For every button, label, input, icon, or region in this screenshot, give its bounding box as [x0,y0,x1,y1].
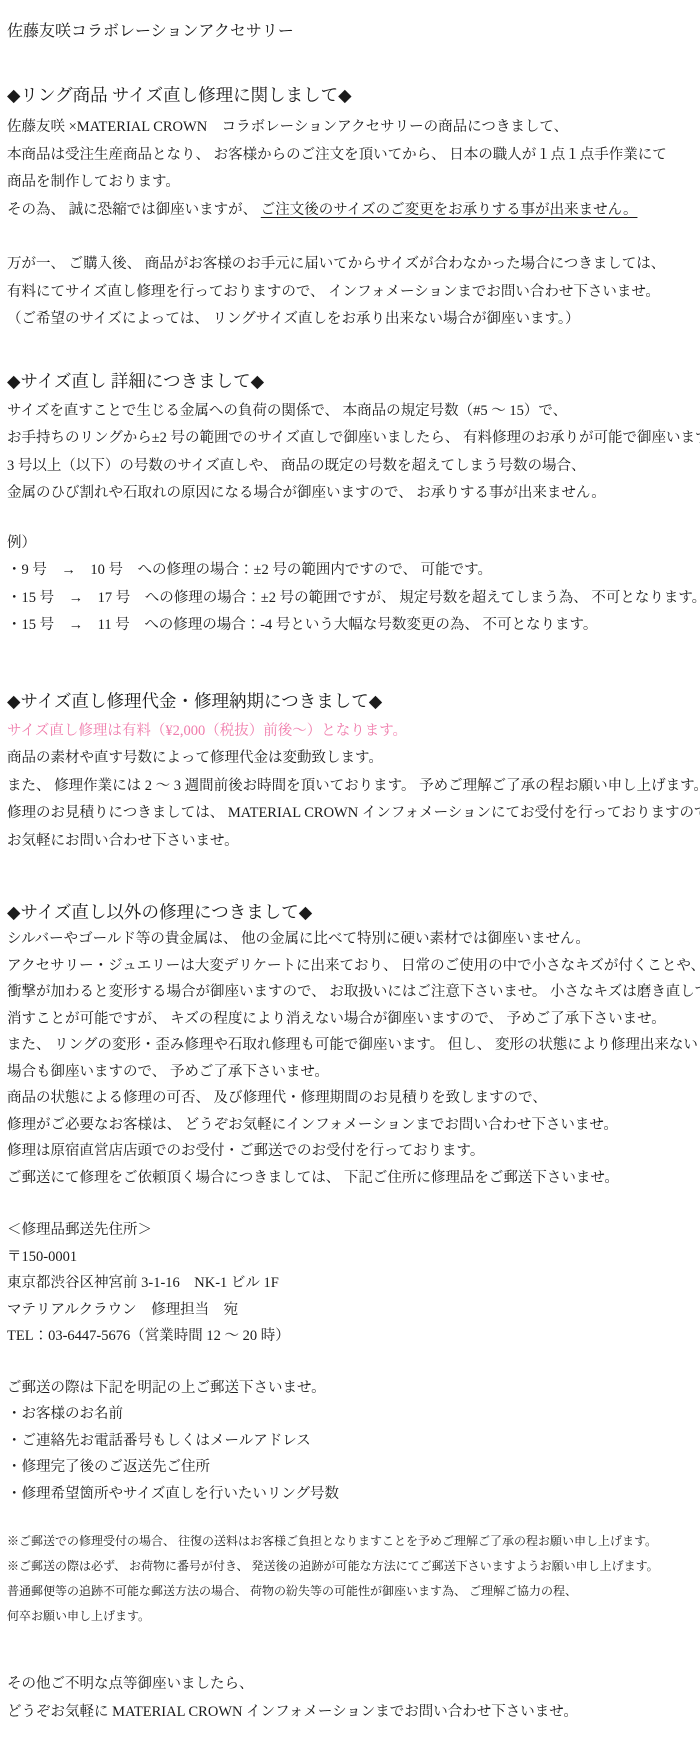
note-line: ※ご郵送での修理受付の場合、 往復の送料はお客様ご負担となりますことを予めご理解… [7,1529,694,1554]
footer-line: その他ご不明な点等御座いましたら、 [7,1671,694,1699]
page-title: 佐藤友咲コラボレーションアクセサリー [7,20,694,44]
fine-print-notes-block: ※ご郵送での修理受付の場合、 往復の送料はお客様ご負担となりますことを予めご理解… [7,1529,694,1629]
body-line: また、 修理作業には 2 ～ 3 週間前後お時間を頂いております。 予めご理解ご… [7,773,694,801]
body-line: 修理のお見積りにつきましては、 MATERIAL CROWN インフォメーション… [7,800,694,828]
address-recipient-line: マテリアルクラウン 修理担当 宛 [7,1297,694,1324]
body-line: 場合も御座いますので、 予めご了承下さいませ。 [7,1059,694,1086]
bullet-item: ・修理希望箇所やサイズ直しを行いたいリング号数 [7,1481,694,1508]
body-line: 商品の素材や直す号数によって修理代金は変動致します。 [7,745,694,773]
body-line: 修理は原宿直営店店頭でのお受付・ご郵送でのお受付を行っております。 [7,1138,694,1165]
body-line: サイズを直すことで生じる金属への負荷の関係で、 本商品の規定号数（#5 ～ 15… [7,398,694,426]
body-line: その為、 誠に恐縮では御座いますが、 ご注文後のサイズのご変更をお承りする事が出… [7,197,694,225]
fee-section-paragraph: サイズ直し修理は有料（¥2,000（税抜）前後～）となります。 商品の素材や直す… [7,718,694,856]
postal-code: 〒150-0001 [7,1244,694,1271]
body-line: 修理がご必要なお客様は、 どうぞお気軽にインフォメーションまでお問い合わせ下さい… [7,1112,694,1139]
body-line: シルバーやゴールド等の貴金属は、 他の金属に比べて特別に硬い素材では御座いません… [7,926,694,953]
body-line: 金属のひび割れや石取れの原因になる場合が御座いますので、 お承りする事が出来ませ… [7,480,694,508]
mailing-instructions-block: ご郵送の際は下記を明記の上ご郵送下さいませ。 ・お客様のお名前 ・ご連絡先お電話… [7,1375,694,1508]
note-line: 何卒お願い申し上げます。 [7,1604,694,1629]
body-line: 商品の状態による修理の可否、 及び修理代・修理期間のお見積りを致しますので、 [7,1085,694,1112]
body-line: また、 リングの変形・歪み修理や石取れ修理も可能で御座います。 但し、 変形の状… [7,1032,694,1059]
example-line: ・15 号 → 11 号 への修理の場合：-4 号という大幅な号数変更の為、 不… [7,612,694,640]
note-line: 普通郵便等の追跡不可能な郵送方法の場合、 荷物の紛失等の可能性が御座います為、 … [7,1579,694,1604]
bullet-item: ・お客様のお名前 [7,1401,694,1428]
size-repair-examples: 例） ・9 号 → 10 号 への修理の場合：±2 号の範囲内ですので、 可能で… [7,530,694,640]
body-line: 3 号以上（以下）の号数のサイズ直しや、 商品の既定の号数を超えてしまう号数の場… [7,453,694,481]
repair-policy-document: 佐藤友咲コラボレーションアクセサリー ◆リング商品 サイズ直し修理に関しまして◆… [0,0,700,1726]
example-line: ・9 号 → 10 号 への修理の場合：±2 号の範囲内ですので、 可能です。 [7,557,694,585]
section-heading-other-repairs: ◆サイズ直し以外の修理につきまして◆ [7,899,694,925]
text-run: その為、 誠に恐縮では御座いますが、 [7,202,261,218]
address-street-line: 東京都渋谷区神宮前 3-1-16 NK-1 ビル 1F [7,1270,694,1297]
body-line: 消すことが可能ですが、 キズの程度により消えない場合が御座いますので、 予めご了… [7,1006,694,1033]
detail-section-paragraph: サイズを直すことで生じる金属への負荷の関係で、 本商品の規定号数（#5 ～ 15… [7,398,694,508]
note-line: ※ご郵送の際は必ず、 お荷物に番号が付き、 発送後の追跡が可能な方法にてご郵送下… [7,1554,694,1579]
body-line: お気軽にお問い合わせ下さいませ。 [7,828,694,856]
footer-line: どうぞお気軽に MATERIAL CROWN インフォメーションまでお問い合わせ… [7,1699,694,1727]
body-line: 商品を制作しております。 [7,169,694,197]
underlined-policy-text: ご注文後のサイズのご変更をお承りする事が出来ません。 [261,202,638,218]
section-heading-ring-size-repair: ◆リング商品 サイズ直し修理に関しまして◆ [7,82,694,108]
price-highlight: サイズ直し修理は有料（¥2,000（税抜）前後～）となります。 [7,718,694,746]
example-label: 例） [7,530,694,558]
address-label: ＜修理品郵送先住所＞ [7,1217,694,1244]
mailing-intro-line: ご郵送の際は下記を明記の上ご郵送下さいませ。 [7,1375,694,1402]
bullet-item: ・ご連絡先お電話番号もしくはメールアドレス [7,1428,694,1455]
body-line: 有料にてサイズ直し修理を行っておりますので、 インフォメーションまでお問い合わせ… [7,279,694,307]
body-line: 佐藤友咲 ×MATERIAL CROWN コラボレーションアクセサリーの商品につ… [7,114,694,142]
ring-section-paragraph-1: 佐藤友咲 ×MATERIAL CROWN コラボレーションアクセサリーの商品につ… [7,114,694,224]
body-line: 本商品は受注生産商品となり、 お客様からのご注文を頂いてから、 日本の職人が１点… [7,142,694,170]
closing-contact-block: その他ご不明な点等御座いましたら、 どうぞお気軽に MATERIAL CROWN… [7,1671,694,1726]
section-heading-fee-turnaround: ◆サイズ直し修理代金・修理納期につきまして◆ [7,688,694,714]
section-heading-size-detail: ◆サイズ直し 詳細につきまして◆ [7,368,694,394]
body-line: お手持ちのリングから±2 号の範囲でのサイズ直しで御座いましたら、 有料修理のお… [7,425,694,453]
body-line: ご郵送にて修理をご依頼頂く場合につきましては、 下記ご住所に修理品をご郵送下さい… [7,1165,694,1192]
repair-mailing-address-block: ＜修理品郵送先住所＞ 〒150-0001 東京都渋谷区神宮前 3-1-16 NK… [7,1217,694,1350]
bullet-item: ・修理完了後のご返送先ご住所 [7,1454,694,1481]
body-line: （ご希望のサイズによっては、 リングサイズ直しをお承り出来ない場合が御座います。… [7,306,694,334]
body-line: 衝撃が加わると変形する場合が御座いますので、 お取扱いにはご注意下さいませ。 小… [7,979,694,1006]
body-line: アクセサリー・ジュエリーは大変デリケートに出来ており、 日常のご使用の中で小さな… [7,953,694,980]
other-repairs-paragraph: シルバーやゴールド等の貴金属は、 他の金属に比べて特別に硬い素材では御座いません… [7,926,694,1191]
phone-line: TEL：03-6447-5676（営業時間 12 ～ 20 時） [7,1323,694,1350]
body-line: 万が一、 ご購入後、 商品がお客様のお手元に届いてからサイズが合わなかった場合に… [7,251,694,279]
ring-section-paragraph-2: 万が一、 ご購入後、 商品がお客様のお手元に届いてからサイズが合わなかった場合に… [7,251,694,334]
example-line: ・15 号 → 17 号 への修理の場合：±2 号の範囲ですが、 規定号数を超え… [7,585,694,613]
